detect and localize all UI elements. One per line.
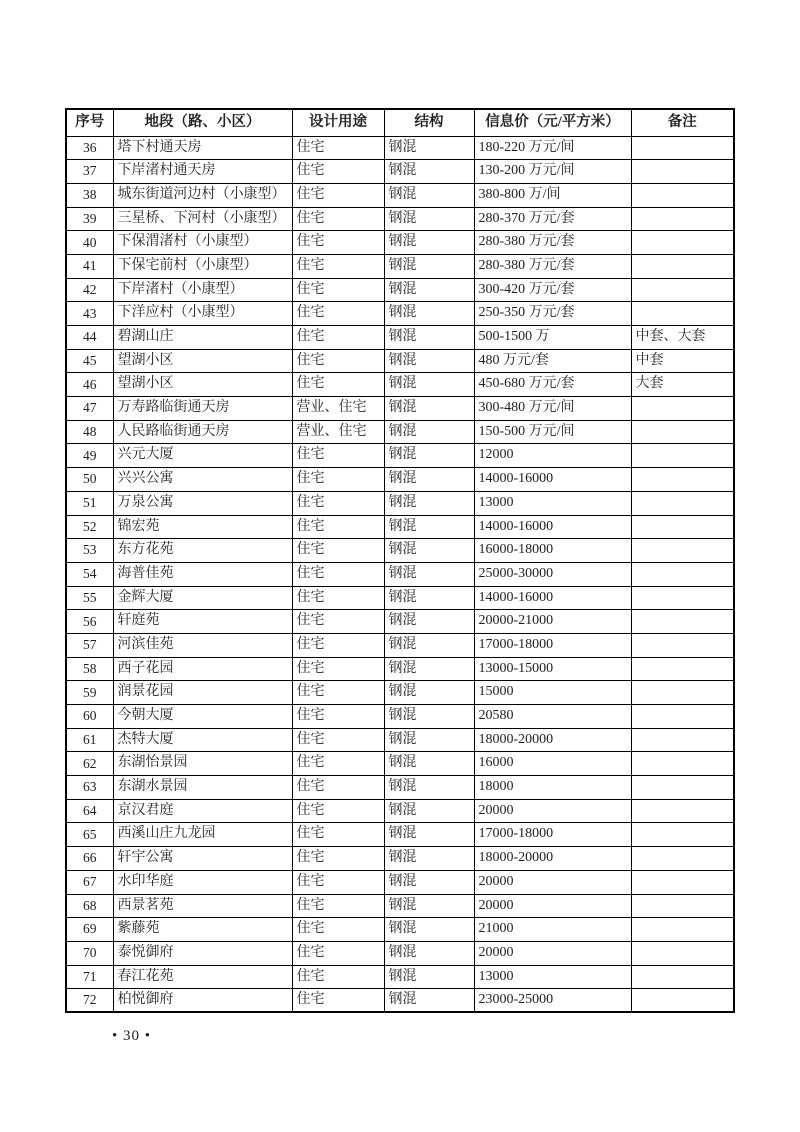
cell-seq: 68 xyxy=(66,894,113,918)
cell-location: 兴元大厦 xyxy=(113,444,292,468)
cell-usage: 住宅 xyxy=(292,183,384,207)
cell-usage: 住宅 xyxy=(292,989,384,1013)
table-row: 44碧湖山庄住宅钢混500-1500 万中套、大套 xyxy=(66,326,734,350)
table-row: 40下保渭渚村（小康型）住宅钢混280-380 万元/套 xyxy=(66,231,734,255)
cell-price: 20580 xyxy=(474,705,631,729)
cell-remark xyxy=(631,515,734,539)
cell-seq: 43 xyxy=(66,302,113,326)
table-row: 72柏悦御府住宅钢混23000-25000 xyxy=(66,989,734,1013)
cell-structure: 钢混 xyxy=(384,941,474,965)
cell-location: 望湖小区 xyxy=(113,349,292,373)
cell-seq: 70 xyxy=(66,941,113,965)
table-row: 59润景花园住宅钢混15000 xyxy=(66,681,734,705)
cell-structure: 钢混 xyxy=(384,633,474,657)
cell-location: 下岸渚村（小康型） xyxy=(113,278,292,302)
cell-seq: 46 xyxy=(66,373,113,397)
cell-seq: 71 xyxy=(66,965,113,989)
cell-location: 城东街道河边村（小康型） xyxy=(113,183,292,207)
cell-location: 锦宏苑 xyxy=(113,515,292,539)
table-row: 43下洋应村（小康型）住宅钢混250-350 万元/套 xyxy=(66,302,734,326)
cell-price: 20000 xyxy=(474,941,631,965)
cell-usage: 住宅 xyxy=(292,515,384,539)
cell-structure: 钢混 xyxy=(384,989,474,1013)
cell-price: 18000-20000 xyxy=(474,728,631,752)
cell-remark xyxy=(631,752,734,776)
cell-seq: 36 xyxy=(66,136,113,160)
cell-price: 21000 xyxy=(474,918,631,942)
cell-structure: 钢混 xyxy=(384,847,474,871)
cell-usage: 住宅 xyxy=(292,302,384,326)
table-row: 46望湖小区住宅钢混450-680 万元/套大套 xyxy=(66,373,734,397)
cell-price: 250-350 万元/套 xyxy=(474,302,631,326)
cell-price: 180-220 万元/间 xyxy=(474,136,631,160)
cell-price: 13000 xyxy=(474,965,631,989)
cell-seq: 61 xyxy=(66,728,113,752)
cell-remark xyxy=(631,491,734,515)
cell-remark xyxy=(631,397,734,421)
cell-seq: 53 xyxy=(66,539,113,563)
cell-seq: 55 xyxy=(66,586,113,610)
cell-price: 150-500 万元/间 xyxy=(474,420,631,444)
cell-seq: 62 xyxy=(66,752,113,776)
cell-structure: 钢混 xyxy=(384,776,474,800)
cell-remark xyxy=(631,728,734,752)
cell-remark xyxy=(631,681,734,705)
column-header-3: 结构 xyxy=(384,109,474,136)
cell-price: 300-420 万元/套 xyxy=(474,278,631,302)
cell-seq: 66 xyxy=(66,847,113,871)
cell-usage: 住宅 xyxy=(292,941,384,965)
cell-structure: 钢混 xyxy=(384,539,474,563)
cell-price: 280-380 万元/套 xyxy=(474,254,631,278)
cell-price: 13000 xyxy=(474,491,631,515)
cell-usage: 住宅 xyxy=(292,586,384,610)
cell-seq: 72 xyxy=(66,989,113,1013)
cell-remark xyxy=(631,989,734,1013)
cell-usage: 住宅 xyxy=(292,681,384,705)
cell-usage: 住宅 xyxy=(292,799,384,823)
cell-price: 480 万元/套 xyxy=(474,349,631,373)
cell-usage: 住宅 xyxy=(292,918,384,942)
table-row: 39三星桥、下河村（小康型）住宅钢混280-370 万元/套 xyxy=(66,207,734,231)
cell-price: 17000-18000 xyxy=(474,823,631,847)
cell-remark xyxy=(631,870,734,894)
cell-usage: 住宅 xyxy=(292,468,384,492)
cell-price: 16000-18000 xyxy=(474,539,631,563)
cell-location: 润景花园 xyxy=(113,681,292,705)
cell-usage: 住宅 xyxy=(292,894,384,918)
cell-price: 130-200 万元/间 xyxy=(474,160,631,184)
cell-price: 20000 xyxy=(474,894,631,918)
cell-remark xyxy=(631,231,734,255)
table-row: 47万寿路临街通天房营业、住宅钢混300-480 万元/间 xyxy=(66,397,734,421)
cell-price: 18000 xyxy=(474,776,631,800)
cell-seq: 65 xyxy=(66,823,113,847)
price-table: 序号地段（路、小区）设计用途结构信息价（元/平方米）备注 36塔下村通天房住宅钢… xyxy=(65,108,735,1013)
cell-structure: 钢混 xyxy=(384,160,474,184)
table-row: 64京汉君庭住宅钢混20000 xyxy=(66,799,734,823)
cell-remark xyxy=(631,183,734,207)
cell-structure: 钢混 xyxy=(384,444,474,468)
cell-structure: 钢混 xyxy=(384,870,474,894)
table-row: 66轩宇公寓住宅钢混18000-20000 xyxy=(66,847,734,871)
cell-usage: 住宅 xyxy=(292,728,384,752)
cell-usage: 住宅 xyxy=(292,965,384,989)
cell-seq: 47 xyxy=(66,397,113,421)
cell-location: 杰特大厦 xyxy=(113,728,292,752)
cell-location: 紫藤苑 xyxy=(113,918,292,942)
cell-seq: 56 xyxy=(66,610,113,634)
cell-location: 西子花园 xyxy=(113,657,292,681)
table-row: 65西溪山庄九龙园住宅钢混17000-18000 xyxy=(66,823,734,847)
cell-location: 柏悦御府 xyxy=(113,989,292,1013)
cell-location: 今朝大厦 xyxy=(113,705,292,729)
cell-seq: 37 xyxy=(66,160,113,184)
cell-usage: 住宅 xyxy=(292,562,384,586)
column-header-5: 备注 xyxy=(631,109,734,136)
cell-location: 泰悦御府 xyxy=(113,941,292,965)
cell-remark xyxy=(631,207,734,231)
cell-location: 下保宅前村（小康型） xyxy=(113,254,292,278)
cell-structure: 钢混 xyxy=(384,207,474,231)
table-row: 38城东街道河边村（小康型）住宅钢混380-800 万/间 xyxy=(66,183,734,207)
cell-remark xyxy=(631,941,734,965)
table-row: 37下岸渚村通天房住宅钢混130-200 万元/间 xyxy=(66,160,734,184)
cell-structure: 钢混 xyxy=(384,136,474,160)
cell-price: 15000 xyxy=(474,681,631,705)
cell-usage: 住宅 xyxy=(292,633,384,657)
cell-seq: 49 xyxy=(66,444,113,468)
cell-remark xyxy=(631,847,734,871)
cell-structure: 钢混 xyxy=(384,562,474,586)
cell-price: 20000 xyxy=(474,870,631,894)
cell-usage: 住宅 xyxy=(292,870,384,894)
cell-structure: 钢混 xyxy=(384,610,474,634)
cell-location: 东湖怡景园 xyxy=(113,752,292,776)
cell-price: 16000 xyxy=(474,752,631,776)
table-row: 51万泉公寓住宅钢混13000 xyxy=(66,491,734,515)
cell-structure: 钢混 xyxy=(384,468,474,492)
table-row: 50兴兴公寓住宅钢混14000-16000 xyxy=(66,468,734,492)
cell-price: 14000-16000 xyxy=(474,586,631,610)
table-row: 57河滨佳苑住宅钢混17000-18000 xyxy=(66,633,734,657)
cell-remark xyxy=(631,444,734,468)
cell-remark xyxy=(631,894,734,918)
table-row: 53东方花苑住宅钢混16000-18000 xyxy=(66,539,734,563)
cell-location: 轩庭苑 xyxy=(113,610,292,634)
column-header-4: 信息价（元/平方米） xyxy=(474,109,631,136)
cell-location: 西溪山庄九龙园 xyxy=(113,823,292,847)
table-row: 68西景茗苑住宅钢混20000 xyxy=(66,894,734,918)
cell-structure: 钢混 xyxy=(384,657,474,681)
table-row: 62东湖怡景园住宅钢混16000 xyxy=(66,752,734,776)
table-row: 48人民路临街通天房营业、住宅钢混150-500 万元/间 xyxy=(66,420,734,444)
cell-seq: 39 xyxy=(66,207,113,231)
cell-price: 500-1500 万 xyxy=(474,326,631,350)
cell-location: 东方花苑 xyxy=(113,539,292,563)
cell-remark xyxy=(631,562,734,586)
cell-price: 14000-16000 xyxy=(474,468,631,492)
cell-usage: 住宅 xyxy=(292,160,384,184)
cell-price: 23000-25000 xyxy=(474,989,631,1013)
cell-location: 金辉大厦 xyxy=(113,586,292,610)
cell-usage: 住宅 xyxy=(292,823,384,847)
cell-location: 三星桥、下河村（小康型） xyxy=(113,207,292,231)
cell-structure: 钢混 xyxy=(384,254,474,278)
cell-seq: 52 xyxy=(66,515,113,539)
cell-remark xyxy=(631,539,734,563)
cell-price: 380-800 万/间 xyxy=(474,183,631,207)
cell-remark xyxy=(631,633,734,657)
cell-price: 280-370 万元/套 xyxy=(474,207,631,231)
cell-usage: 住宅 xyxy=(292,326,384,350)
cell-location: 望湖小区 xyxy=(113,373,292,397)
cell-seq: 41 xyxy=(66,254,113,278)
cell-remark xyxy=(631,823,734,847)
cell-usage: 营业、住宅 xyxy=(292,397,384,421)
cell-usage: 住宅 xyxy=(292,657,384,681)
column-header-2: 设计用途 xyxy=(292,109,384,136)
column-header-0: 序号 xyxy=(66,109,113,136)
page-number: • 30 • xyxy=(112,1028,151,1045)
cell-remark xyxy=(631,254,734,278)
cell-location: 塔下村通天房 xyxy=(113,136,292,160)
table-row: 56轩庭苑住宅钢混20000-21000 xyxy=(66,610,734,634)
table-row: 49兴元大厦住宅钢混12000 xyxy=(66,444,734,468)
column-header-1: 地段（路、小区） xyxy=(113,109,292,136)
cell-structure: 钢混 xyxy=(384,373,474,397)
table-row: 71春江花苑住宅钢混13000 xyxy=(66,965,734,989)
cell-location: 京汉君庭 xyxy=(113,799,292,823)
cell-structure: 钢混 xyxy=(384,965,474,989)
cell-price: 280-380 万元/套 xyxy=(474,231,631,255)
cell-location: 春江花苑 xyxy=(113,965,292,989)
cell-seq: 58 xyxy=(66,657,113,681)
cell-usage: 营业、住宅 xyxy=(292,420,384,444)
cell-remark xyxy=(631,420,734,444)
cell-remark: 中套 xyxy=(631,349,734,373)
cell-seq: 50 xyxy=(66,468,113,492)
cell-location: 碧湖山庄 xyxy=(113,326,292,350)
cell-usage: 住宅 xyxy=(292,254,384,278)
cell-structure: 钢混 xyxy=(384,397,474,421)
cell-remark xyxy=(631,302,734,326)
cell-seq: 48 xyxy=(66,420,113,444)
cell-remark xyxy=(631,965,734,989)
cell-remark xyxy=(631,918,734,942)
cell-structure: 钢混 xyxy=(384,349,474,373)
cell-location: 下洋应村（小康型） xyxy=(113,302,292,326)
cell-location: 西景茗苑 xyxy=(113,894,292,918)
cell-price: 17000-18000 xyxy=(474,633,631,657)
cell-price: 12000 xyxy=(474,444,631,468)
cell-usage: 住宅 xyxy=(292,349,384,373)
cell-structure: 钢混 xyxy=(384,491,474,515)
table-row: 36塔下村通天房住宅钢混180-220 万元/间 xyxy=(66,136,734,160)
cell-price: 20000 xyxy=(474,799,631,823)
cell-usage: 住宅 xyxy=(292,539,384,563)
cell-remark: 大套 xyxy=(631,373,734,397)
cell-structure: 钢混 xyxy=(384,183,474,207)
cell-usage: 住宅 xyxy=(292,231,384,255)
cell-price: 13000-15000 xyxy=(474,657,631,681)
cell-location: 河滨佳苑 xyxy=(113,633,292,657)
cell-usage: 住宅 xyxy=(292,278,384,302)
cell-usage: 住宅 xyxy=(292,444,384,468)
cell-structure: 钢混 xyxy=(384,586,474,610)
table-row: 61杰特大厦住宅钢混18000-20000 xyxy=(66,728,734,752)
cell-usage: 住宅 xyxy=(292,705,384,729)
cell-remark xyxy=(631,705,734,729)
cell-seq: 59 xyxy=(66,681,113,705)
cell-seq: 57 xyxy=(66,633,113,657)
cell-usage: 住宅 xyxy=(292,207,384,231)
cell-seq: 60 xyxy=(66,705,113,729)
cell-price: 14000-16000 xyxy=(474,515,631,539)
cell-location: 海普佳苑 xyxy=(113,562,292,586)
table-row: 70泰悦御府住宅钢混20000 xyxy=(66,941,734,965)
table-row: 45望湖小区住宅钢混480 万元/套中套 xyxy=(66,349,734,373)
cell-seq: 40 xyxy=(66,231,113,255)
cell-structure: 钢混 xyxy=(384,231,474,255)
cell-structure: 钢混 xyxy=(384,799,474,823)
cell-structure: 钢混 xyxy=(384,918,474,942)
cell-structure: 钢混 xyxy=(384,278,474,302)
cell-location: 下岸渚村通天房 xyxy=(113,160,292,184)
cell-price: 450-680 万元/套 xyxy=(474,373,631,397)
cell-seq: 51 xyxy=(66,491,113,515)
document-page: 序号地段（路、小区）设计用途结构信息价（元/平方米）备注 36塔下村通天房住宅钢… xyxy=(0,0,800,1132)
cell-usage: 住宅 xyxy=(292,847,384,871)
cell-location: 人民路临街通天房 xyxy=(113,420,292,444)
table-row: 54海普佳苑住宅钢混25000-30000 xyxy=(66,562,734,586)
table-header-row: 序号地段（路、小区）设计用途结构信息价（元/平方米）备注 xyxy=(66,109,734,136)
cell-structure: 钢混 xyxy=(384,752,474,776)
table-row: 67水印华庭住宅钢混20000 xyxy=(66,870,734,894)
cell-price: 20000-21000 xyxy=(474,610,631,634)
cell-structure: 钢混 xyxy=(384,302,474,326)
cell-structure: 钢混 xyxy=(384,823,474,847)
cell-location: 下保渭渚村（小康型） xyxy=(113,231,292,255)
cell-remark xyxy=(631,610,734,634)
table-row: 60今朝大厦住宅钢混20580 xyxy=(66,705,734,729)
cell-structure: 钢混 xyxy=(384,894,474,918)
cell-seq: 69 xyxy=(66,918,113,942)
table-row: 52锦宏苑住宅钢混14000-16000 xyxy=(66,515,734,539)
cell-usage: 住宅 xyxy=(292,752,384,776)
cell-usage: 住宅 xyxy=(292,776,384,800)
cell-location: 东湖水景园 xyxy=(113,776,292,800)
cell-remark xyxy=(631,586,734,610)
cell-seq: 42 xyxy=(66,278,113,302)
cell-usage: 住宅 xyxy=(292,136,384,160)
cell-remark xyxy=(631,468,734,492)
cell-structure: 钢混 xyxy=(384,728,474,752)
cell-structure: 钢混 xyxy=(384,420,474,444)
cell-price: 300-480 万元/间 xyxy=(474,397,631,421)
cell-usage: 住宅 xyxy=(292,610,384,634)
cell-seq: 54 xyxy=(66,562,113,586)
cell-location: 兴兴公寓 xyxy=(113,468,292,492)
cell-location: 水印华庭 xyxy=(113,870,292,894)
cell-remark xyxy=(631,278,734,302)
cell-location: 万泉公寓 xyxy=(113,491,292,515)
cell-structure: 钢混 xyxy=(384,515,474,539)
cell-remark xyxy=(631,657,734,681)
table-row: 55金辉大厦住宅钢混14000-16000 xyxy=(66,586,734,610)
table-row: 63东湖水景园住宅钢混18000 xyxy=(66,776,734,800)
cell-seq: 67 xyxy=(66,870,113,894)
cell-remark xyxy=(631,776,734,800)
table-row: 58西子花园住宅钢混13000-15000 xyxy=(66,657,734,681)
cell-remark xyxy=(631,136,734,160)
cell-remark xyxy=(631,160,734,184)
cell-structure: 钢混 xyxy=(384,326,474,350)
cell-structure: 钢混 xyxy=(384,705,474,729)
cell-usage: 住宅 xyxy=(292,373,384,397)
cell-remark xyxy=(631,799,734,823)
cell-usage: 住宅 xyxy=(292,491,384,515)
table-row: 69紫藤苑住宅钢混21000 xyxy=(66,918,734,942)
cell-location: 轩宇公寓 xyxy=(113,847,292,871)
table-row: 42下岸渚村（小康型）住宅钢混300-420 万元/套 xyxy=(66,278,734,302)
cell-price: 25000-30000 xyxy=(474,562,631,586)
cell-price: 18000-20000 xyxy=(474,847,631,871)
cell-location: 万寿路临街通天房 xyxy=(113,397,292,421)
cell-remark: 中套、大套 xyxy=(631,326,734,350)
cell-structure: 钢混 xyxy=(384,681,474,705)
cell-seq: 45 xyxy=(66,349,113,373)
cell-seq: 64 xyxy=(66,799,113,823)
cell-seq: 38 xyxy=(66,183,113,207)
cell-seq: 63 xyxy=(66,776,113,800)
cell-seq: 44 xyxy=(66,326,113,350)
table-row: 41下保宅前村（小康型）住宅钢混280-380 万元/套 xyxy=(66,254,734,278)
